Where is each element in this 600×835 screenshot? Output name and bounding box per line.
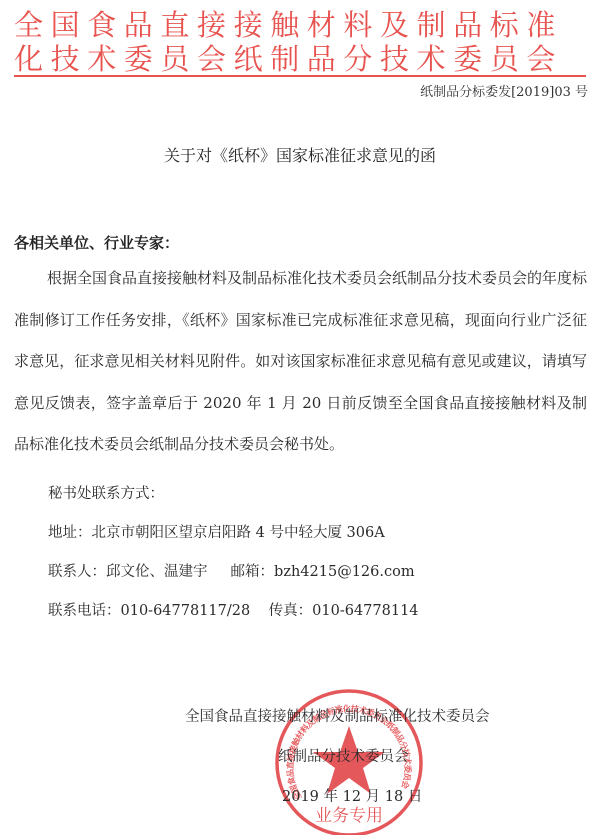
contact-phone-fax: 联系电话：010-64778117/28 传真：010-64778114 bbox=[48, 599, 419, 620]
salutation: 各相关单位、行业专家： bbox=[14, 232, 179, 253]
signature-org-line-1: 全国食品直接接触材料及制品标准化技术委员会 bbox=[185, 705, 490, 726]
seal-bottom-text: 业务专用 bbox=[315, 806, 383, 826]
signature-date: 2019 年 12 月 18 日 bbox=[282, 785, 422, 806]
letterhead-line-2: 化技术委员会纸制品分技术委员会 bbox=[14, 42, 586, 76]
body-paragraph: 根据全国食品直接接触材料及制品标准化技术委员会纸制品分技术委员会的年度标准制修订… bbox=[14, 258, 587, 466]
contact-address: 地址：北京市朝阳区望京启阳路 4 号中轻大厦 306A bbox=[48, 521, 385, 542]
body-text: 根据全国食品直接接触材料及制品标准化技术委员会纸制品分技术委员会的年度标准制修订… bbox=[14, 269, 587, 453]
contact-people-email: 联系人：邱文伦、温建宇 邮箱：bzh4215@126.com bbox=[48, 560, 415, 581]
signature-org-line-2: 纸制品分技术委员会 bbox=[278, 745, 409, 766]
letterhead-line-1: 全国食品直接接触材料及制品标准 bbox=[14, 8, 586, 42]
contact-heading: 秘书处联系方式： bbox=[48, 482, 164, 503]
letterhead: 全国食品直接接触材料及制品标准 化技术委员会纸制品分技术委员会 bbox=[14, 8, 586, 76]
document-title: 关于对《纸杯》国家标准征求意见的函 bbox=[0, 143, 600, 166]
letterhead-divider bbox=[14, 75, 586, 77]
document-number: 纸制品分标委发[2019]03 号 bbox=[420, 81, 588, 100]
